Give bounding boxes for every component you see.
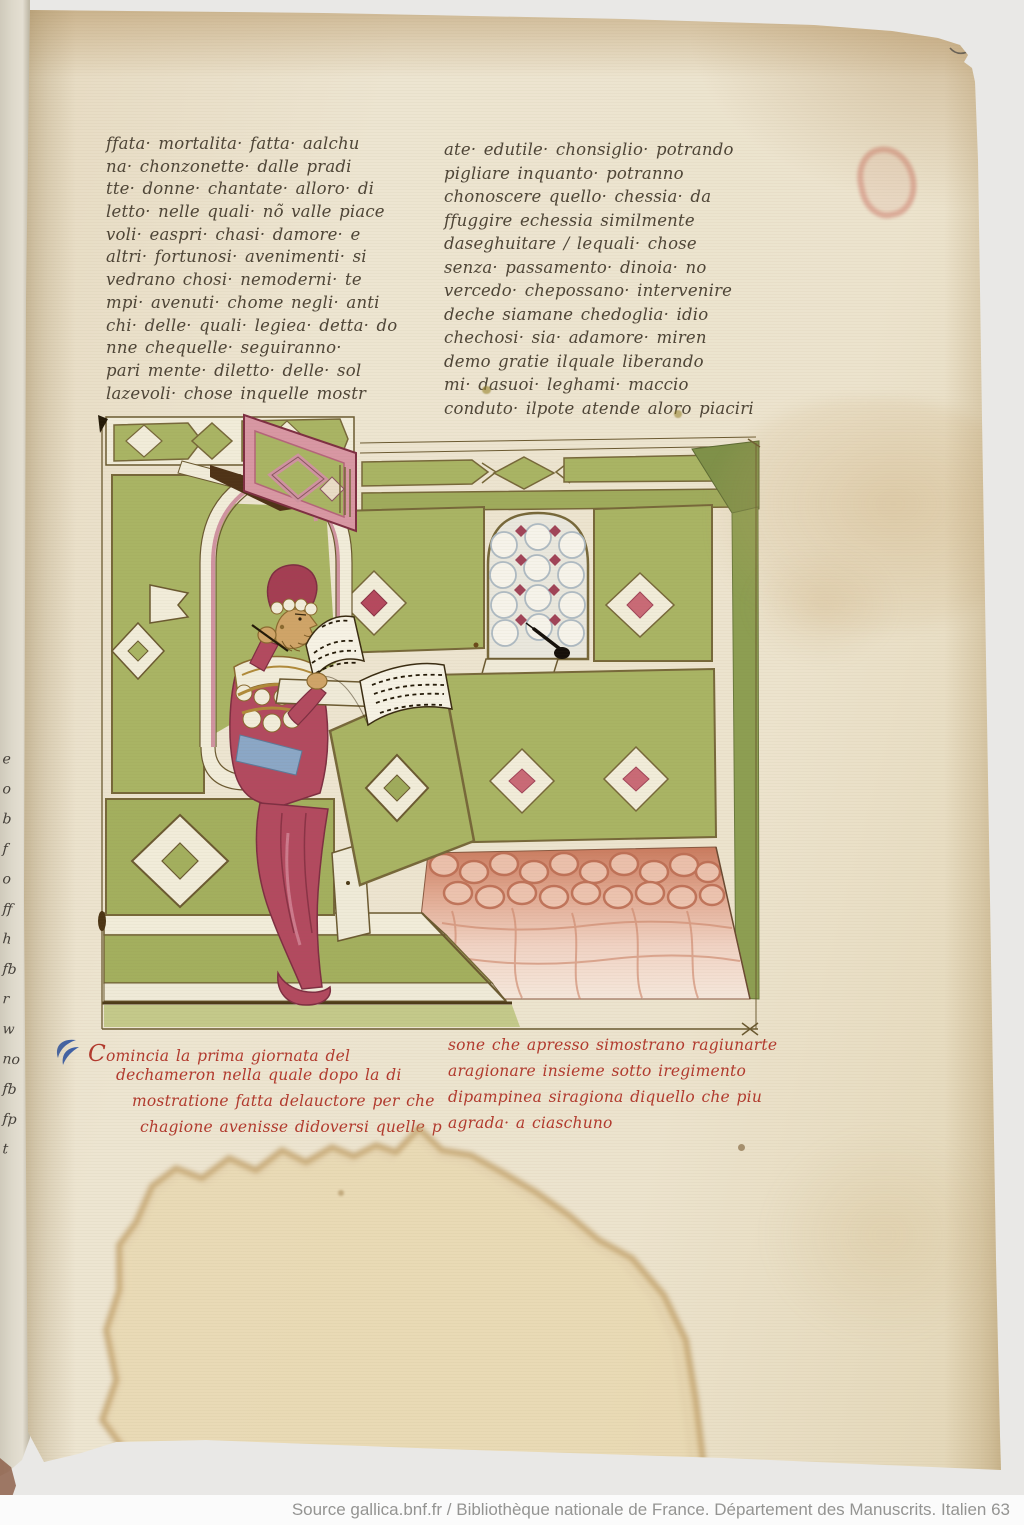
rubric-column-right: sone che apresso simostrano ragiunarte a…: [448, 1036, 788, 1140]
miniature-illustration: [92, 413, 762, 1038]
edge-glyph: fb: [1, 1081, 27, 1113]
manuscript-line: lazevoli· chose inquelle mostr: [106, 384, 436, 407]
rubric-line: dechameron nella quale dopo la di: [88, 1066, 428, 1092]
manuscript-line: voli· easpri· chasi· damore· e: [106, 225, 436, 248]
edge-glyph: fp: [1, 1111, 27, 1143]
page-edge-shading: [944, 0, 1004, 1495]
rubric-line: aragionare insieme sotto iregimento: [448, 1062, 788, 1088]
manuscript-line: na· chonzonette· dalle pradi: [106, 157, 436, 180]
manuscript-line: altri· fortunosi· avenimenti· si: [106, 247, 436, 270]
page-edge-shading: [24, 0, 1004, 78]
manuscript-line: demo gratie ilquale liberando: [444, 352, 784, 376]
gallica-scan-canvas: e o b f o ff h fb r w no fb fp t 2 ffata…: [0, 0, 1024, 1525]
edge-glyph: r: [1, 991, 27, 1023]
edge-glyph: fb: [1, 961, 27, 993]
edge-glyph: o: [1, 781, 27, 813]
edge-glyph: o: [1, 871, 27, 903]
ink-spot: [482, 386, 491, 394]
manuscript-line: letto· nelle quali· nõ valle piace: [106, 202, 436, 225]
manuscript-line: mi· dasuoi· leghami· maccio: [444, 375, 784, 399]
rubric-line: sone che apresso simostrano ragiunarte: [448, 1036, 788, 1062]
folio-number: 2: [942, 18, 994, 62]
edge-glyph: no: [1, 1051, 27, 1083]
rubric-line: dipampinea siragiona diquello che piu: [448, 1088, 788, 1114]
manuscript-line: deche siamane chedoglia· idio: [444, 305, 784, 329]
ink-spot: [674, 410, 682, 418]
rubric-column-left: Comincia la prima giornata del dechamero…: [88, 1040, 428, 1144]
manuscript-line: chonoscere quello· chessia· da: [444, 187, 784, 211]
arched-window: [480, 513, 588, 685]
red-library-stamp: [851, 141, 923, 223]
stain: [746, 548, 896, 663]
manuscript-line: chechosi· sia· adamore· miren: [444, 328, 784, 352]
manuscript-line: nne chequelle· seguiranno·: [106, 338, 436, 361]
rubric-line: Comincia la prima giornata del: [88, 1040, 428, 1066]
text-column-right: ate· edutile· chonsiglio· potrando pigli…: [444, 140, 784, 422]
paraph-mark: [52, 1036, 82, 1072]
manuscript-line: pigliare inquanto· potranno: [444, 164, 784, 188]
manuscript-line: chi· delle· quali· legiea· detta· do: [106, 316, 436, 339]
edge-glyph: b: [1, 811, 27, 843]
page-edge-shading: [24, 0, 76, 1495]
text-column-left: ffata· mortalita· fatta· aalchu na· chon…: [106, 134, 436, 406]
edge-glyph: h: [1, 931, 27, 963]
folio-flourish: [942, 18, 994, 62]
rubric-line: agrada· a ciaschuno: [448, 1114, 788, 1140]
edge-glyph: ff: [1, 901, 27, 933]
stain: [764, 1130, 1004, 1340]
rubric-line: chagione avenisse didoversi quelle p: [88, 1118, 428, 1144]
manuscript-line: ffata· mortalita· fatta· aalchu: [106, 134, 436, 157]
source-attribution-bar: Source gallica.bnf.fr / Bibliothèque nat…: [0, 1495, 1024, 1525]
manuscript-line: ate· edutile· chonsiglio· potrando: [444, 140, 784, 164]
bleed-through-text: e o b f o ff h fb r w no fb fp t: [2, 752, 26, 1172]
manuscript-line: vercedo· chepossano· intervenire: [444, 281, 784, 305]
ink-spot: [338, 1190, 344, 1196]
source-attribution-text: Source gallica.bnf.fr / Bibliothèque nat…: [292, 1500, 1010, 1520]
manuscript-line: ffuggire echessia similmente: [444, 211, 784, 235]
manuscript-line: mpi· avenuti· chome negli· anti: [106, 293, 436, 316]
manuscript-line: pari mente· diletto· delle· sol: [106, 361, 436, 384]
water-stain: [64, 1098, 764, 1478]
rubric-line: mostratione fatta delauctore per che: [88, 1092, 428, 1118]
folio-digit: 2: [962, 17, 979, 43]
edge-glyph: e: [1, 751, 27, 783]
edge-glyph: f: [1, 841, 27, 873]
paraph-flourish-icon: [52, 1036, 82, 1068]
manuscript-line: conduto· ilpote atende aloro piaciri: [444, 399, 784, 423]
edge-glyph: t: [1, 1141, 27, 1173]
manuscript-line: tte· donne· chantate· alloro· di: [106, 179, 436, 202]
manuscript-line: daseghuitare / lequali· chose: [444, 234, 784, 258]
ink-spot: [738, 1144, 745, 1151]
manuscript-line: senza· passamento· dinoia· no: [444, 258, 784, 282]
edge-glyph: w: [1, 1021, 27, 1053]
manuscript-page: 2 ffata· mortalita· fatta· aalchu na· ch…: [24, 0, 1004, 1495]
manuscript-line: vedrano chosi· nemoderni· te: [106, 270, 436, 293]
